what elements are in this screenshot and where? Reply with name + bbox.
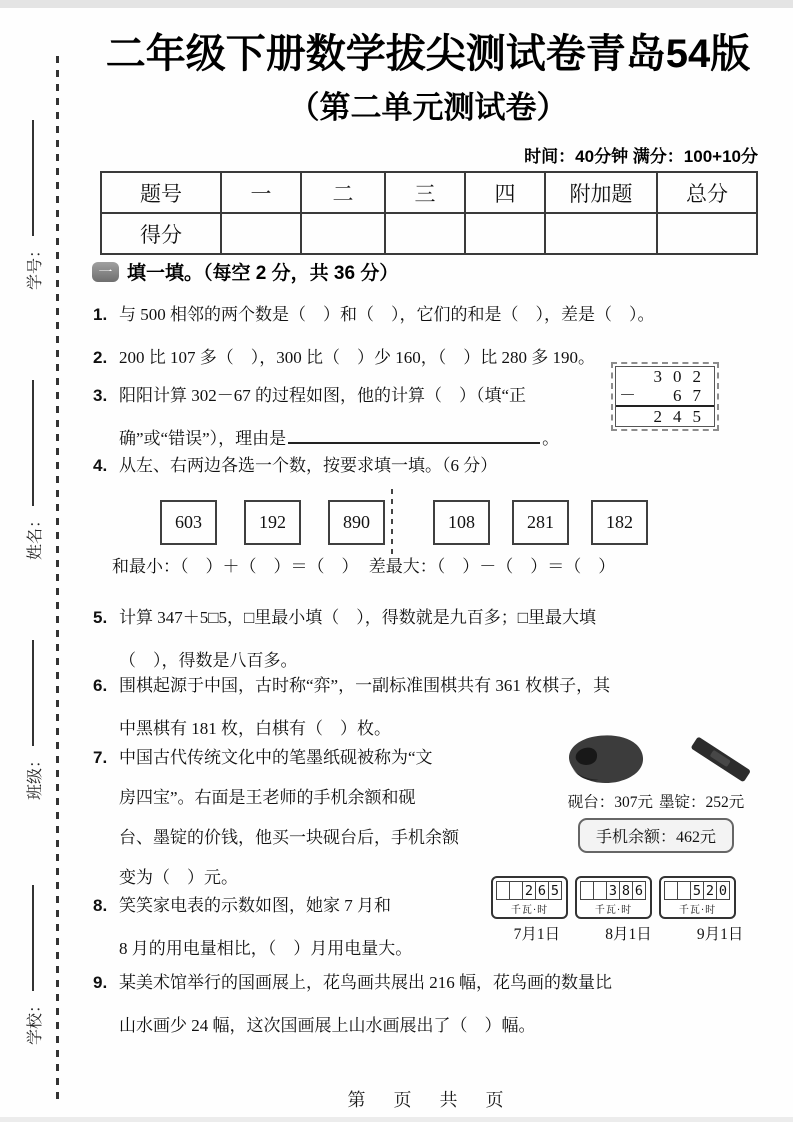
score-table-cell: 总分	[657, 172, 757, 213]
question-4-text: 从左、右两边各选一个数，按要求填一填。（6 分）	[119, 444, 764, 487]
meter-dates: 7月1日 8月1日 9月1日	[491, 922, 766, 944]
question-1-number: 1.	[93, 293, 107, 336]
score-table-cell: 一	[221, 172, 301, 213]
dashed-divider	[391, 489, 393, 555]
meter-digit-cell	[593, 881, 607, 900]
q8-meters-figure: 265 千瓦·时 386 千瓦·时 520 千瓦·时	[491, 876, 766, 944]
test-paper-page: 学号： 姓名： 班级： 学校： 二年级下册数学拔尖测试卷青岛54版 （第二单元测…	[0, 0, 793, 1122]
inkstone-icon	[552, 730, 656, 788]
question-9-line1: 某美术馆举行的国画展上，花鸟画共展出 216 幅，花鸟画的数量比	[119, 961, 764, 1004]
q4-diff-equation: 差最大：（ ）－（ ）＝（ ）	[369, 557, 616, 576]
q4-number-boxes-figure: 603 192 890 108 281 182	[160, 489, 648, 555]
score-table-cell: 二	[301, 172, 385, 213]
score-table-header-row: 题号 一 二 三 四 附加题 总分	[101, 172, 757, 213]
meter-digit-cell	[496, 881, 510, 900]
section-one-header: 一填一填。（每空 2 分，共 36 分）	[92, 258, 398, 285]
meter-unit-label: 千瓦·时	[497, 901, 562, 916]
score-cell-empty	[545, 213, 657, 254]
meter-digit-cell: 5	[690, 881, 704, 900]
number-box: 182	[591, 500, 648, 545]
question-7-line3: 台、墨锭的价钱，他买一块砚台后，手机余额	[119, 818, 537, 858]
section-one-title: 填一填。（每空 2 分，共 36 分）	[127, 263, 398, 284]
number-box: 108	[433, 500, 490, 545]
score-table-cell: 三	[385, 172, 465, 213]
page-subtitle: （第二单元测试卷）	[92, 82, 764, 127]
q7-images	[530, 728, 782, 788]
question-1-text: 与 500 相邻的两个数是（ ）和（ ），它们的和是（ ），差是（ ）。	[119, 293, 764, 336]
school-label: 学校：	[22, 997, 45, 1045]
class-label: 班级：	[22, 752, 45, 800]
question-7-number: 7.	[93, 738, 107, 778]
score-table-cell: 附加题	[545, 172, 657, 213]
page-title: 二年级下册数学拔尖测试卷青岛54版	[92, 22, 764, 79]
calc-difference: 245	[654, 407, 713, 426]
meter-digit-cell	[664, 881, 678, 900]
question-9: 9. 某美术馆举行的国画展上，花鸟画共展出 216 幅，花鸟画的数量比 山水画少…	[92, 961, 764, 1047]
meter-digit-cell: 2	[703, 881, 717, 900]
score-cell-empty	[385, 213, 465, 254]
question-6-number: 6.	[93, 664, 107, 707]
calc-difference-row: 245	[616, 407, 714, 426]
question-2-number: 2.	[93, 336, 107, 379]
question-8-number: 8.	[93, 884, 107, 927]
vertical-calculation-figure: 302 －67 245	[611, 362, 719, 431]
meter-digit-cell	[580, 881, 594, 900]
number-box: 603	[160, 500, 217, 545]
electric-meters: 265 千瓦·时 386 千瓦·时 520 千瓦·时	[491, 876, 766, 919]
score-cell-empty	[221, 213, 301, 254]
number-box: 890	[328, 500, 385, 545]
electric-meter: 520 千瓦·时	[659, 876, 736, 919]
margin-dashed-line	[56, 56, 59, 1102]
meter-digit-cell: 2	[522, 881, 536, 900]
score-table: 题号 一 二 三 四 附加题 总分 得分	[100, 171, 758, 255]
meter-date: 7月1日	[491, 922, 583, 944]
score-table-cell: 题号	[101, 172, 221, 213]
question-9-line2: 山水画少 24 幅，这次国画展上山水画展出了（ ）幅。	[119, 1004, 764, 1047]
paper-content: 二年级下册数学拔尖测试卷青岛54版 （第二单元测试卷） 时间：40分钟 满分：1…	[92, 0, 764, 1122]
school-write-line	[32, 885, 34, 991]
q7-price-caption: 砚台：307元墨锭：252元	[530, 790, 782, 812]
question-7: 7. 中国古代传统文化中的笔墨纸砚被称为“文 房四宝”。右面是王老师的手机余额和…	[92, 738, 537, 898]
score-row-label: 得分	[101, 213, 221, 254]
school-field: 学校：	[22, 855, 44, 1045]
meter-unit-label: 千瓦·时	[581, 901, 646, 916]
meter-digit-cell: 8	[619, 881, 633, 900]
calc-subtrahend-row: －67	[616, 386, 714, 407]
meter-unit-label: 千瓦·时	[665, 901, 730, 916]
inkstick-icon	[682, 730, 760, 788]
score-table-score-row: 得分	[101, 213, 757, 254]
student-id-label: 学号：	[22, 242, 45, 290]
meter-digit-cell: 3	[606, 881, 620, 900]
meter-date: 9月1日	[674, 922, 766, 944]
meter-digit-cell: 6	[535, 881, 549, 900]
score-cell-empty	[465, 213, 545, 254]
meter-date: 8月1日	[583, 922, 675, 944]
phone-balance-box: 手机余额：462元	[578, 818, 734, 853]
class-field: 班级：	[22, 610, 44, 800]
question-3-line1: 阳阳计算 302－67 的过程如图，他的计算（ ）（填“正	[119, 374, 604, 417]
electric-meter: 386 千瓦·时	[575, 876, 652, 919]
section-one-badge: 一	[92, 262, 119, 282]
question-8-line1: 笑笑家电表的示数如图，她家 7 月和	[119, 884, 487, 927]
score-cell-empty	[301, 213, 385, 254]
class-write-line	[32, 640, 34, 746]
page-footer: 第 页 共 页	[92, 1086, 764, 1112]
minus-sign: －	[616, 386, 636, 405]
time-score-info: 时间：40分钟 满分：100+10分	[524, 142, 758, 167]
q4-equation-line: 和最小：（ ）＋（ ）＝（ ） 差最大：（ ）－（ ）＝（ ）	[112, 552, 621, 577]
inkstone-price-label: 砚台：307元	[568, 794, 653, 811]
calc-subtrahend: 67	[673, 386, 712, 405]
question-1: 1. 与 500 相邻的两个数是（ ）和（ ），它们的和是（ ），差是（ ）。	[92, 293, 764, 336]
number-box: 281	[512, 500, 569, 545]
question-5-line1: 计算 347＋5□5，□里最小填（ ），得数就是九百多；□里最大填	[119, 596, 764, 639]
q4-sum-equation: 和最小：（ ）＋（ ）＝（ ）	[112, 557, 359, 576]
student-name-label: 姓名：	[22, 512, 45, 560]
number-box: 192	[244, 500, 301, 545]
q7-figure: 砚台：307元墨锭：252元 手机余额：462元	[530, 728, 782, 853]
vertical-calculation-inner: 302 －67 245	[615, 366, 715, 427]
meter-digit-cell	[509, 881, 523, 900]
question-9-number: 9.	[93, 961, 107, 1004]
question-8: 8. 笑笑家电表的示数如图，她家 7 月和 8 月的用电量相比，（ ）月用电量大…	[92, 884, 487, 970]
question-5-number: 5.	[93, 596, 107, 639]
inkstick-price-label: 墨锭：252元	[659, 794, 744, 811]
student-name-write-line	[32, 380, 34, 506]
student-id-field: 学号：	[22, 90, 44, 290]
calc-minuend: 302	[654, 367, 713, 386]
meter-digits: 520	[665, 881, 730, 900]
q4-right-number-group: 108 281 182	[433, 500, 648, 545]
meter-digit-cell: 5	[548, 881, 562, 900]
meter-digit-cell: 6	[632, 881, 646, 900]
question-4-number: 4.	[93, 444, 107, 487]
question-4: 4. 从左、右两边各选一个数，按要求填一填。（6 分）	[92, 444, 764, 487]
student-id-write-line	[32, 120, 34, 236]
calc-minuend-row: 302	[616, 367, 714, 386]
meter-digits: 386	[581, 881, 646, 900]
meter-digit-cell: 0	[716, 881, 730, 900]
question-3-number: 3.	[93, 374, 107, 417]
question-6-line1: 围棋起源于中国，古时称“弈”，一副标准围棋共有 361 枚棋子，其	[119, 664, 764, 707]
score-table-cell: 四	[465, 172, 545, 213]
meter-digits: 265	[497, 881, 562, 900]
question-7-line2: 房四宝”。右面是王老师的手机余额和砚	[119, 778, 537, 818]
electric-meter: 265 千瓦·时	[491, 876, 568, 919]
question-7-line1: 中国古代传统文化中的笔墨纸砚被称为“文	[119, 738, 537, 778]
student-name-field: 姓名：	[22, 350, 44, 560]
meter-digit-cell	[677, 881, 691, 900]
answer-blank-line	[288, 426, 540, 444]
score-cell-empty	[657, 213, 757, 254]
